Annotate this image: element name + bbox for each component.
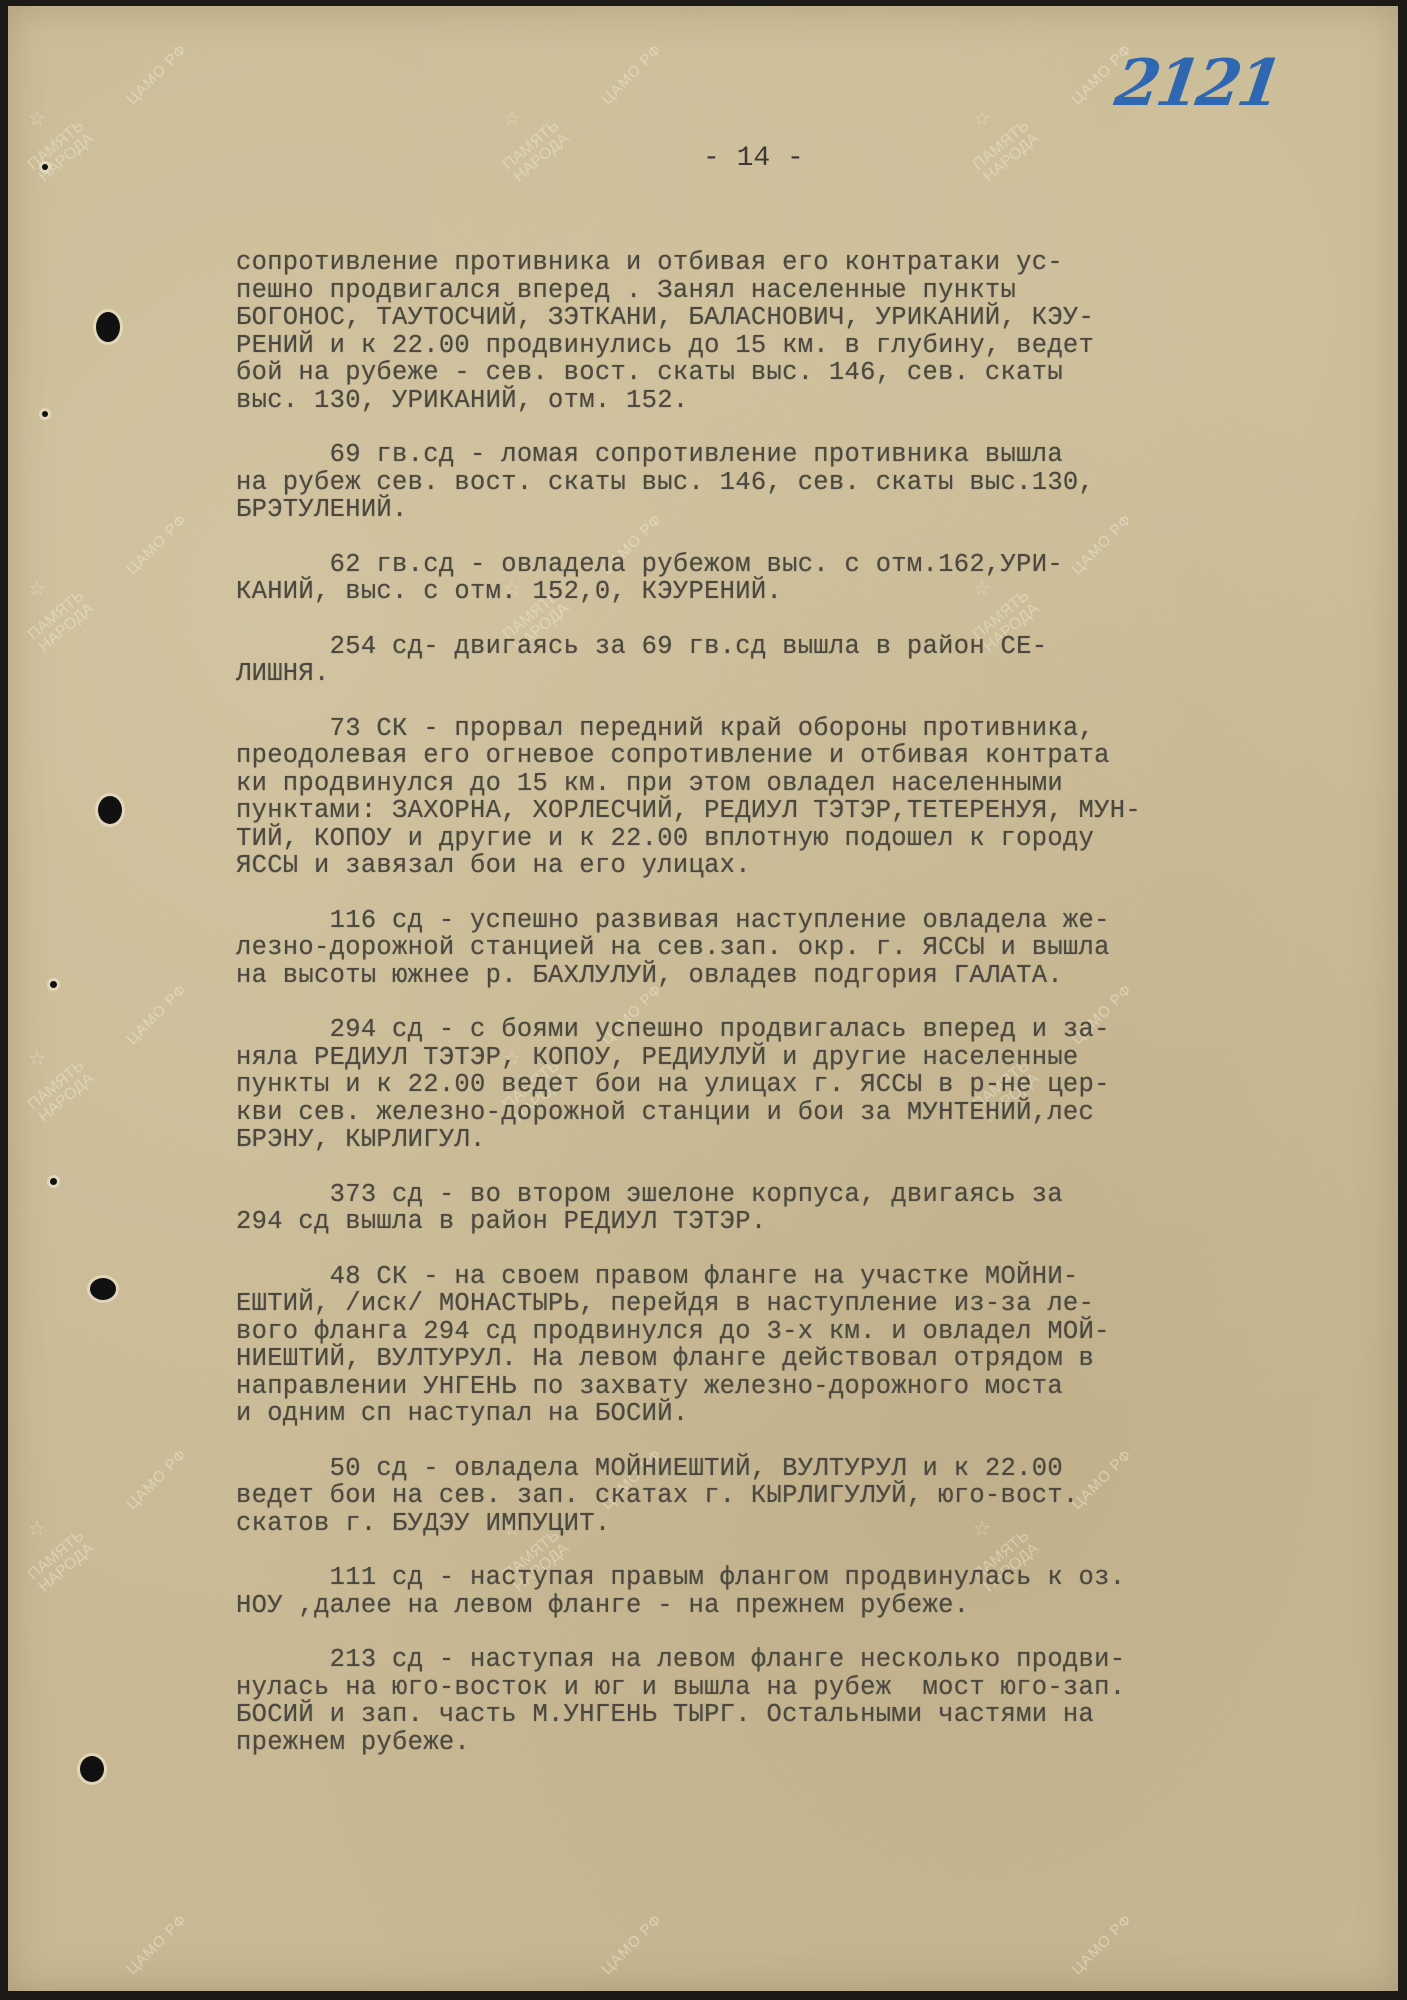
watermark-project: ПАМЯТЬНАРОДА [26, 118, 98, 186]
watermark-project: ПАМЯТЬНАРОДА [26, 1528, 98, 1596]
text-line: бой на рубеже - сев. вост. скаты выс. 14… [236, 359, 1366, 387]
text-line: кви сев. железно-дорожной станции и бои … [236, 1099, 1366, 1127]
text-line: выс. 130, УРИКАНИЙ, отм. 152. [236, 387, 1366, 415]
watermark-archive: ЦАМО РФ [123, 1911, 190, 1978]
watermark-archive: ЦАМО РФ [123, 981, 190, 1048]
text-line: пункты и к 22.00 ведет бои на улицах г. … [236, 1071, 1366, 1099]
watermark-archive: ЦАМО РФ [1068, 1911, 1135, 1978]
binding-hole [80, 1756, 104, 1782]
paragraph-294-sd: 294 сд - с боями успешно продвигалась вп… [236, 1016, 1366, 1154]
text-line: ведет бои на сев. зап. скатах г. КЫРЛИГУ… [236, 1482, 1366, 1510]
text-line: ЕШТИЙ, /иск/ МОНАСТЫРЬ, перейдя в наступ… [236, 1290, 1366, 1318]
paragraph-111-sd: 111 сд - наступая правым флангом продвин… [236, 1564, 1366, 1619]
text-line: на высоты южнее р. БАХЛУЛУЙ, овладев под… [236, 962, 1366, 990]
page-number: - 14 - [703, 143, 804, 174]
binding-hole [50, 981, 57, 988]
text-line: 50 сд - овладела МОЙНИЕШТИЙ, ВУЛТУРУЛ и … [236, 1455, 1366, 1483]
paragraph-62-gv-sd: 62 гв.сд - овладела рубежом выс. с отм.1… [236, 551, 1366, 606]
text-line: ЛИШНЯ. [236, 660, 1366, 688]
watermark-project: ПАМЯТЬНАРОДА [501, 118, 573, 186]
star-watermark-icon: ☆ [28, 1046, 46, 1071]
text-line: ки продвинулся до 15 км. при этом овладе… [236, 770, 1366, 798]
text-line: пунктами: ЗАХОРНА, ХОРЛЕСЧИЙ, РЕДИУЛ ТЭТ… [236, 797, 1366, 825]
paragraph-50-sd: 50 сд - овладела МОЙНИЕШТИЙ, ВУЛТУРУЛ и … [236, 1455, 1366, 1538]
paragraph-254-sd: 254 сд- двигаясь за 69 гв.сд вышла в рай… [236, 633, 1366, 688]
binding-hole [98, 796, 122, 824]
paragraph-213-sd: 213 сд - наступая на левом фланге нескол… [236, 1646, 1366, 1756]
text-line: 294 сд вышла в район РЕДИУЛ ТЭТЭР. [236, 1208, 1366, 1236]
text-line: вого фланга 294 сд продвинулся до 3-х км… [236, 1318, 1366, 1346]
text-line: пешно продвигался вперед . Занял населен… [236, 277, 1366, 305]
paragraph-69-gv-sd: 69 гв.сд - ломая сопротивление противник… [236, 441, 1366, 524]
text-line: 294 сд - с боями успешно продвигалась вп… [236, 1016, 1366, 1044]
binding-hole [90, 1278, 116, 1300]
text-line: прежнем рубеже. [236, 1729, 1366, 1757]
paragraph-continuation: сопротивление противника и отбивая его к… [236, 249, 1366, 414]
text-line: БОСИЙ и зап. часть М.УНГЕНЬ ТЫРГ. Осталь… [236, 1701, 1366, 1729]
watermark-archive: ЦАМО РФ [123, 41, 190, 108]
paragraph-116-sd: 116 сд - успешно развивая наступление ов… [236, 907, 1366, 990]
paragraph-373-sd: 373 сд - во втором эшелоне корпуса, двиг… [236, 1181, 1366, 1236]
text-line: на рубеж сев. вост. скаты выс. 146, сев.… [236, 469, 1366, 497]
text-line: преодолевая его огневое сопротивление и … [236, 742, 1366, 770]
star-watermark-icon: ☆ [503, 106, 521, 131]
binding-hole [50, 1178, 57, 1185]
text-line: РЕНИЙ и к 22.00 продвинулись до 15 км. в… [236, 332, 1366, 360]
text-line: сопротивление противника и отбивая его к… [236, 249, 1366, 277]
watermark-archive: ЦАМО РФ [598, 1911, 665, 1978]
text-line: ТИЙ, КОПОУ и другие и к 22.00 вплотную п… [236, 825, 1366, 853]
typewritten-report-body: сопротивление противника и отбивая его к… [236, 249, 1366, 1756]
text-line: НИЕШТИЙ, ВУЛТУРУЛ. На левом фланге дейст… [236, 1345, 1366, 1373]
watermark-archive: ЦАМО РФ [598, 41, 665, 108]
binding-hole [96, 312, 120, 342]
document-page: ЦАМО РФ ЦАМО РФ ЦАМО РФ ЦАМО РФ ЦАМО РФ … [8, 6, 1398, 1991]
watermark-archive: ЦАМО РФ [123, 1446, 190, 1513]
text-line: 73 СК - прорвал передний край обороны пр… [236, 715, 1366, 743]
text-line: 213 сд - наступая на левом фланге нескол… [236, 1646, 1366, 1674]
text-line: 62 гв.сд - овладела рубежом выс. с отм.1… [236, 551, 1366, 579]
text-line: ЯССЫ и завязал бои на его улицах. [236, 852, 1366, 880]
text-line: 69 гв.сд - ломая сопротивление противник… [236, 441, 1366, 469]
text-line: 116 сд - успешно развивая наступление ов… [236, 907, 1366, 935]
text-line: БРЭТУЛЕНИЙ. [236, 496, 1366, 524]
binding-hole [42, 164, 48, 170]
text-line: няла РЕДИУЛ ТЭТЭР, КОПОУ, РЕДИУЛУЙ и дру… [236, 1044, 1366, 1072]
text-line: 254 сд- двигаясь за 69 гв.сд вышла в рай… [236, 633, 1366, 661]
text-line: 373 сд - во втором эшелоне корпуса, двиг… [236, 1181, 1366, 1209]
text-line: 111 сд - наступая правым флангом продвин… [236, 1564, 1366, 1592]
handwritten-archive-number: 2121 [1111, 46, 1284, 121]
paragraph-73-sk: 73 СК - прорвал передний край обороны пр… [236, 715, 1366, 880]
watermark-project: ПАМЯТЬНАРОДА [26, 588, 98, 656]
star-watermark-icon: ☆ [973, 106, 991, 131]
paragraph-48-sk: 48 СК - на своем правом фланге на участк… [236, 1263, 1366, 1428]
star-watermark-icon: ☆ [28, 1516, 46, 1541]
text-line: лезно-дорожной станцией на сев.зап. окр.… [236, 934, 1366, 962]
text-line: скатов г. БУДЭУ ИМПУЦИТ. [236, 1510, 1366, 1538]
text-line: БОГОНОС, ТАУТОСЧИЙ, ЗЭТКАНИ, БАЛАСНОВИЧ,… [236, 304, 1366, 332]
binding-hole [42, 411, 48, 417]
text-line: 48 СК - на своем правом фланге на участк… [236, 1263, 1366, 1291]
star-watermark-icon: ☆ [28, 106, 46, 131]
text-line: нулась на юго-восток и юг и вышла на руб… [236, 1674, 1366, 1702]
text-line: направлении УНГЕНЬ по захвату железно-до… [236, 1373, 1366, 1401]
text-line: НОУ ,далее на левом фланге - на прежнем … [236, 1592, 1366, 1620]
watermark-project: ПАМЯТЬНАРОДА [26, 1058, 98, 1126]
text-line: БРЭНУ, КЫРЛИГУЛ. [236, 1126, 1366, 1154]
watermark-archive: ЦАМО РФ [123, 511, 190, 578]
text-line: КАНИЙ, выс. с отм. 152,0, КЭУРЕНИЙ. [236, 578, 1366, 606]
star-watermark-icon: ☆ [28, 576, 46, 601]
text-line: и одним сп наступал на БОСИЙ. [236, 1400, 1366, 1428]
watermark-project: ПАМЯТЬНАРОДА [971, 118, 1043, 186]
